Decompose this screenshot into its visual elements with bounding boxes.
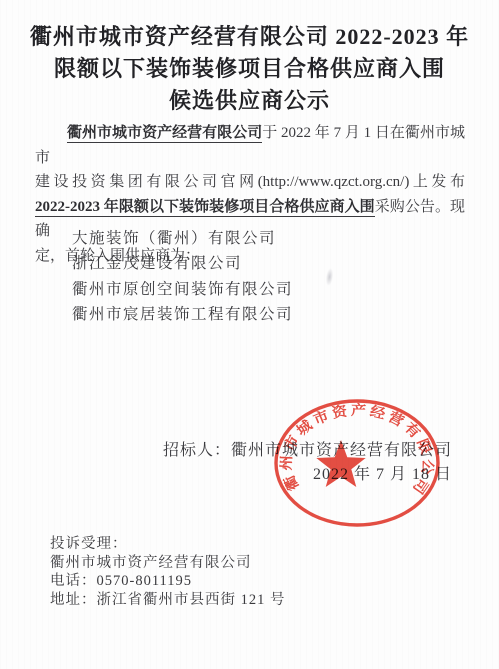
announcement-title: 衢州市城市资产经营有限公司 2022-2023 年 限额以下装饰装修项目合格供应… xyxy=(0,21,499,117)
paragraph-line: 建设投资集团有限公司官网(http://www.qzct.org.cn/)上发布 xyxy=(35,170,465,195)
supplier-list: 大施装饰（衢州）有限公司 浙江金茂建设有限公司 衢州市原创空间装饰有限公司 衢州… xyxy=(72,226,293,328)
complaint-heading: 投诉受理： xyxy=(50,535,286,554)
emphasized-company-name: 衢州市城市资产经营有限公司 xyxy=(67,125,262,143)
supplier-item: 大施装饰（衢州）有限公司 xyxy=(72,226,293,251)
supplier-item: 浙江金茂建设有限公司 xyxy=(72,251,293,276)
complaint-address: 地址：浙江省衢州市县西街 121 号 xyxy=(50,591,286,610)
supplier-item: 衢州市宸居装饰工程有限公司 xyxy=(72,302,293,327)
emphasized-project-name: 2022-2023 年限额以下装饰装修项目合格供应商入围 xyxy=(35,199,375,217)
document-page: 衢州市城市资产经营有限公司 2022-2023 年 限额以下装饰装修项目合格供应… xyxy=(0,0,499,669)
paragraph-text: 建设投资集团有限公司官网(http://www.qzct.org.cn/)上发布 xyxy=(35,174,465,190)
supplier-item: 衢州市原创空间装饰有限公司 xyxy=(72,277,293,302)
complaint-phone: 电话：0570-8011195 xyxy=(50,572,286,591)
official-seal-stamp: 衢州市城市资产经营有限公司 xyxy=(265,395,455,540)
scan-smudge xyxy=(325,268,334,287)
title-line: 限额以下装饰装修项目合格供应商入围 xyxy=(0,53,499,85)
title-line: 衢州市城市资产经营有限公司 2022-2023 年 xyxy=(0,21,499,53)
complaint-section: 投诉受理： 衢州市城市资产经营有限公司 电话：0570-8011195 地址：浙… xyxy=(50,535,286,609)
complaint-company: 衢州市城市资产经营有限公司 xyxy=(50,554,286,573)
paragraph-line: 衢州市城市资产经营有限公司于 2022 年 7 月 1 日在衢州市城市 xyxy=(35,121,465,170)
seal-star-icon xyxy=(316,440,365,487)
title-line: 候选供应商公示 xyxy=(0,85,499,117)
